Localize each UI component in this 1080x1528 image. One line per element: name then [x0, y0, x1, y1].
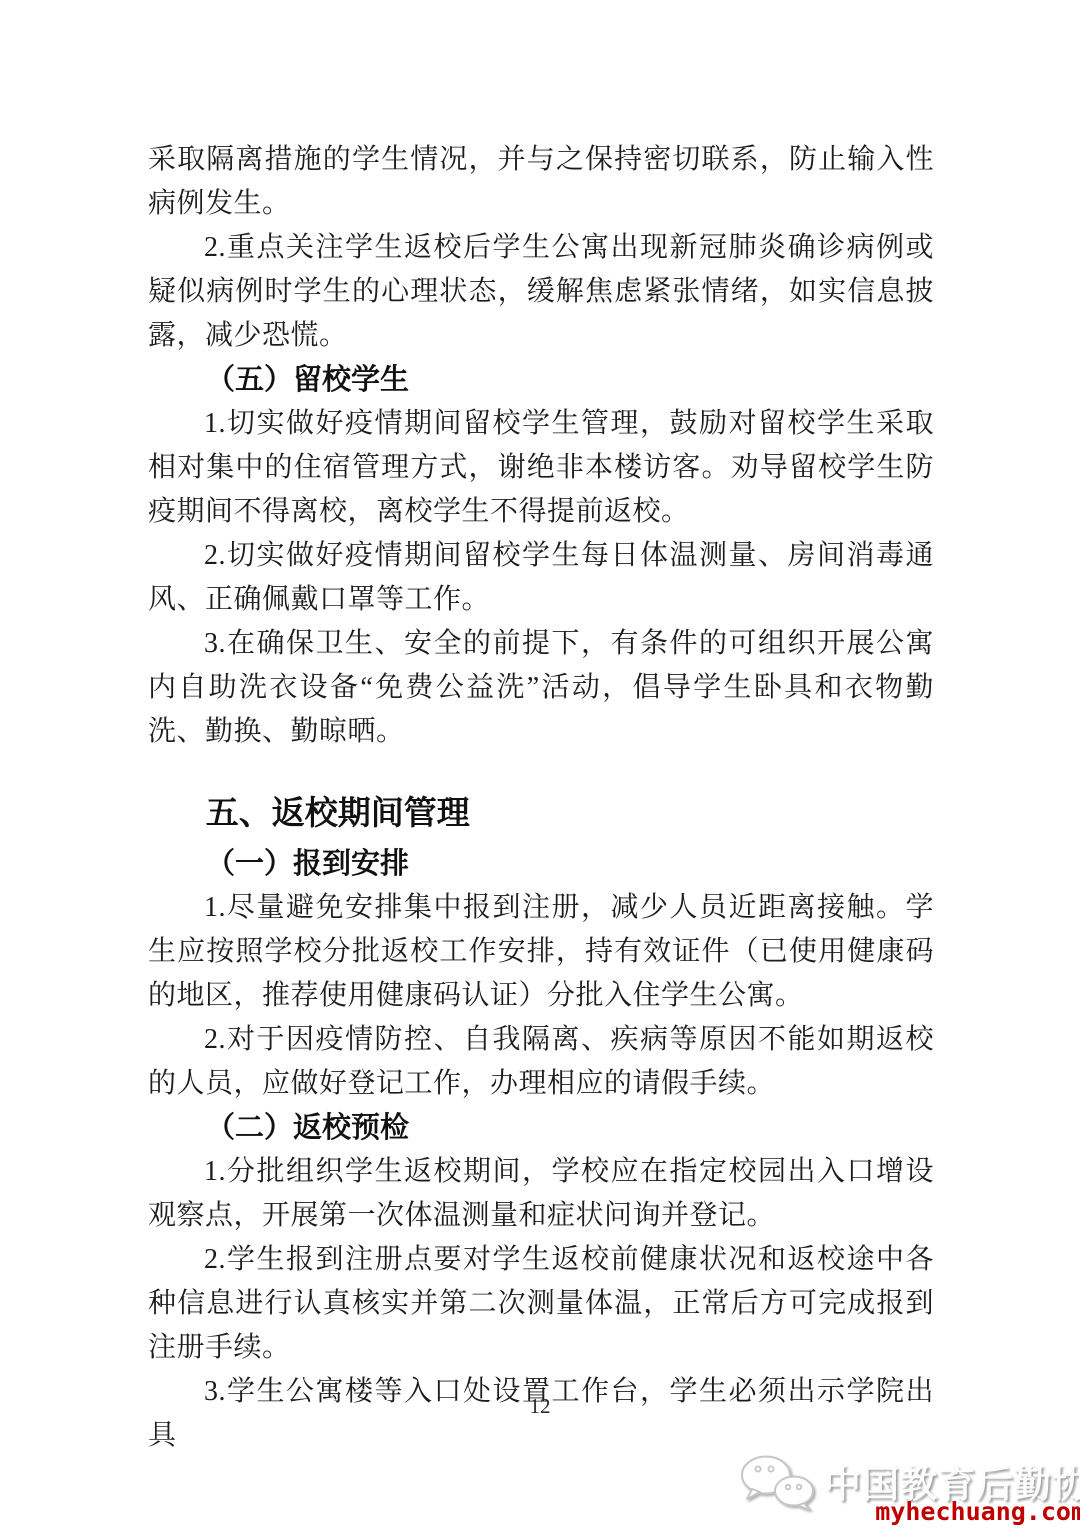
- page-number: 12: [0, 1394, 1080, 1419]
- document-page: 采取隔离措施的学生情况，并与之保持密切联系，防止输入性病例发生。 2.重点关注学…: [0, 0, 1080, 1528]
- document-body: 采取隔离措施的学生情况，并与之保持密切联系，防止输入性病例发生。 2.重点关注学…: [148, 138, 934, 1458]
- paragraph: 3.在确保卫生、安全的前提下，有条件的可组织开展公寓内自助洗衣设备“免费公益洗”…: [148, 622, 934, 754]
- paragraph: 2.切实做好疫情期间留校学生每日体温测量、房间消毒通风、正确佩戴口罩等工作。: [148, 534, 934, 622]
- paragraph: 2.对于因疫情防控、自我隔离、疾病等原因不能如期返校的人员，应做好登记工作，办理…: [148, 1018, 934, 1106]
- wechat-icon: [738, 1454, 818, 1510]
- paragraph: 1.尽量避免安排集中报到注册，减少人员近距离接触。学生应按照学校分批返校工作安排…: [148, 886, 934, 1018]
- paragraph: 采取隔离措施的学生情况，并与之保持密切联系，防止输入性病例发生。: [148, 138, 934, 226]
- section-heading-1-baodao-anpai: （一）报到安排: [148, 842, 934, 886]
- footer-watermark: 中国教育后勤协会 myhechuang.com: [720, 1446, 1080, 1526]
- chapter-heading-5-fanxiao-qijian-guanli: 五、返校期间管理: [148, 790, 934, 836]
- section-heading-2-fanxiao-yujian: （二）返校预检: [148, 1106, 934, 1150]
- paragraph: 1.分批组织学生返校期间，学校应在指定校园出入口增设观察点，开展第一次体温测量和…: [148, 1150, 934, 1238]
- paragraph: 2.重点关注学生返校后学生公寓出现新冠肺炎确诊病例或疑似病例时学生的心理状态，缓…: [148, 226, 934, 358]
- paragraph: 2.学生报到注册点要对学生返校前健康状况和返校途中各种信息进行认真核实并第二次测…: [148, 1238, 934, 1370]
- paragraph: 1.切实做好疫情期间留校学生管理，鼓励对留校学生采取相对集中的住宿管理方式，谢绝…: [148, 402, 934, 534]
- brand-url: myhechuang.com: [875, 1497, 1080, 1526]
- section-heading-5-liuxiao-xuesheng: （五）留校学生: [148, 358, 934, 402]
